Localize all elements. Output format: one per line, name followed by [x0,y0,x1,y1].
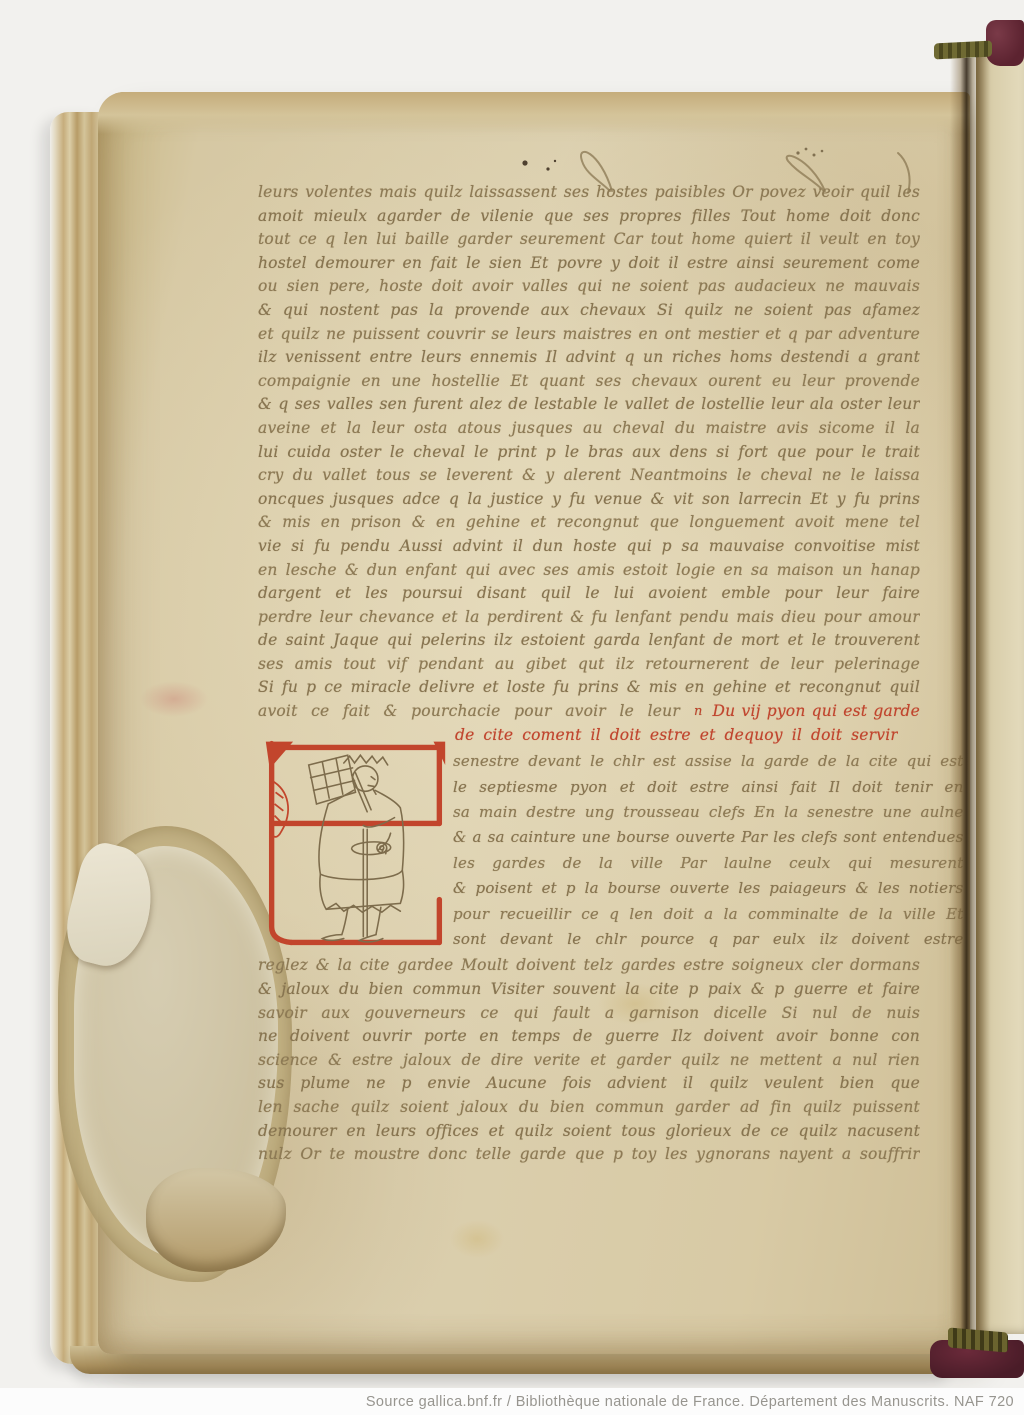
keys-bundle [309,755,356,804]
chapter-rubric-line2: de cite coment il doit estre et dequoy i… [455,724,898,748]
paraph-mark: n [694,700,703,724]
city-guard-figure [309,755,404,942]
pink-stain [140,681,208,717]
manuscript-text-line: les gardes de la ville Par laulne ceulx … [453,851,963,876]
manuscript-text-line: ses amis tout vif pendant au gibet qut i… [258,653,920,677]
closing-paragraph: reglez & la cite gardee Moult doivent te… [258,954,920,1166]
manuscript-text-line: cry du vallet tous se leverent & y alere… [258,464,920,488]
manuscript-text-line: le septiesme pyon et doit estre ainsi fa… [453,775,963,800]
manuscript-text-line: & jaloux du bien commun Visiter souvent … [258,978,920,1002]
manuscript-text-line: senestre devant le chlr est assise la ga… [453,749,963,774]
gallica-source-caption: Source gallica.bnf.fr / Bibliothèque nat… [366,1394,1014,1410]
endband-top [934,40,992,59]
manuscript-text-line: vie si fu pendu Aussi advint il dun host… [258,535,920,559]
manuscript-text-line: oncques jusques adce q la justice y fu v… [258,488,920,512]
manuscript-text-line: & poisent et p la bourse ouverte les pai… [453,876,963,901]
manuscript-text-line: tout ce q len lui baille garder seuremen… [258,228,920,252]
manuscript-text-line: amoit mieulx agarder de vilenie que ses … [258,205,920,229]
manuscript-text-line: sa main destre ung trousseau clefs En la… [453,800,963,825]
manuscript-text-line: compaignie en une hostellie Et quant ses… [258,370,920,394]
source-caption-bar: Source gallica.bnf.fr / Bibliothèque nat… [0,1388,1024,1415]
manuscript-text-line: & mis en prison & en gehine et recongnut… [258,511,920,535]
manuscript-text-line: perdre leur chevance et la perdirent & f… [258,606,920,630]
manuscript-text-line: sont devant le chlr pource q par eulx il… [453,927,963,952]
facing-page-sliver [976,52,1024,1334]
manuscript-text-line: sus plume ne p envie Aucune fois advient… [258,1072,920,1096]
manuscript-text-line: dargent et les poursui disant quil le lu… [258,582,920,606]
manuscript-text-line: aveine et la leur osta atous jusques au … [258,417,920,441]
manuscript-text-line: de saint Jaque qui pelerins ilz estoient… [258,629,920,653]
manuscript-text-line: savoir aux gouverneurs ce qui fault a ga… [258,1002,920,1026]
illuminated-initial-drawing [258,733,453,951]
manuscript-text-line: & a sa cainture une bourse ouverte Par l… [453,825,963,850]
manuscript-text-line: leurs volentes mais quilz laissassent se… [258,181,920,205]
manuscript-text-line: science & estre jaloux de dire verite et… [258,1049,920,1073]
manuscript-text-line: len sache quilz soient jaloux du bien co… [258,1096,920,1120]
manuscript-text-line: en lesche & dun enfant qui avec ses amis… [258,559,920,583]
book-gutter-shadow [950,58,980,1334]
gown [319,804,404,880]
wrapped-text-column: senestre devant le chlr est assise la ga… [453,749,963,952]
manuscript-text-line: lui cuida oster le cheval le print p le … [258,441,920,465]
manuscript-text-line: pour recueillir ce q len doit a la commi… [453,902,963,927]
manuscript-text-block: leurs volentes mais quilz laissassent se… [258,181,920,1167]
manuscript-text-line: Si fu p ce miracle delivre et loste fu p… [258,676,920,700]
manuscript-text-line: et quilz ne puissent couvrir se leurs ma… [258,323,920,347]
manuscript-text-line: demourer en leurs offices et quilz soien… [258,1120,920,1144]
staff [363,830,367,937]
manuscript-text-line: reglez & la cite gardee Moult doivent te… [258,954,920,978]
manuscript-text-line-with-rubric: avoit ce fait & pourchacie pour avoir le… [258,700,920,724]
gallica-manuscript-view: leurs volentes mais quilz laissassent se… [0,0,1024,1415]
manuscript-text-line: ne doivent ouvrir porte en temps de guer… [258,1025,920,1049]
wreath [344,755,388,765]
illuminated-initial [258,733,453,951]
manuscript-text-line: nulz Or te moustre donc telle garde que … [258,1143,920,1167]
manuscript-text-segment: avoit ce fait & pourchacie pour avoir le… [258,700,680,724]
yellow-stain [450,1220,504,1258]
manuscript-text-line: & qui nostent pas la provende aux chevau… [258,299,920,323]
manuscript-text-line: hostel demourer en fait le sien Et povre… [258,252,920,276]
manuscript-text-line: & q ses valles sen furent alez de lestab… [258,393,920,417]
manuscript-text-line: ou sien pere, hoste doit avoir valles qu… [258,275,920,299]
chapter-rubric-line1: Du vij pyon qui est garde [713,700,920,724]
manuscript-text-line: ilz venissent entre leurs ennemis Il adv… [258,346,920,370]
